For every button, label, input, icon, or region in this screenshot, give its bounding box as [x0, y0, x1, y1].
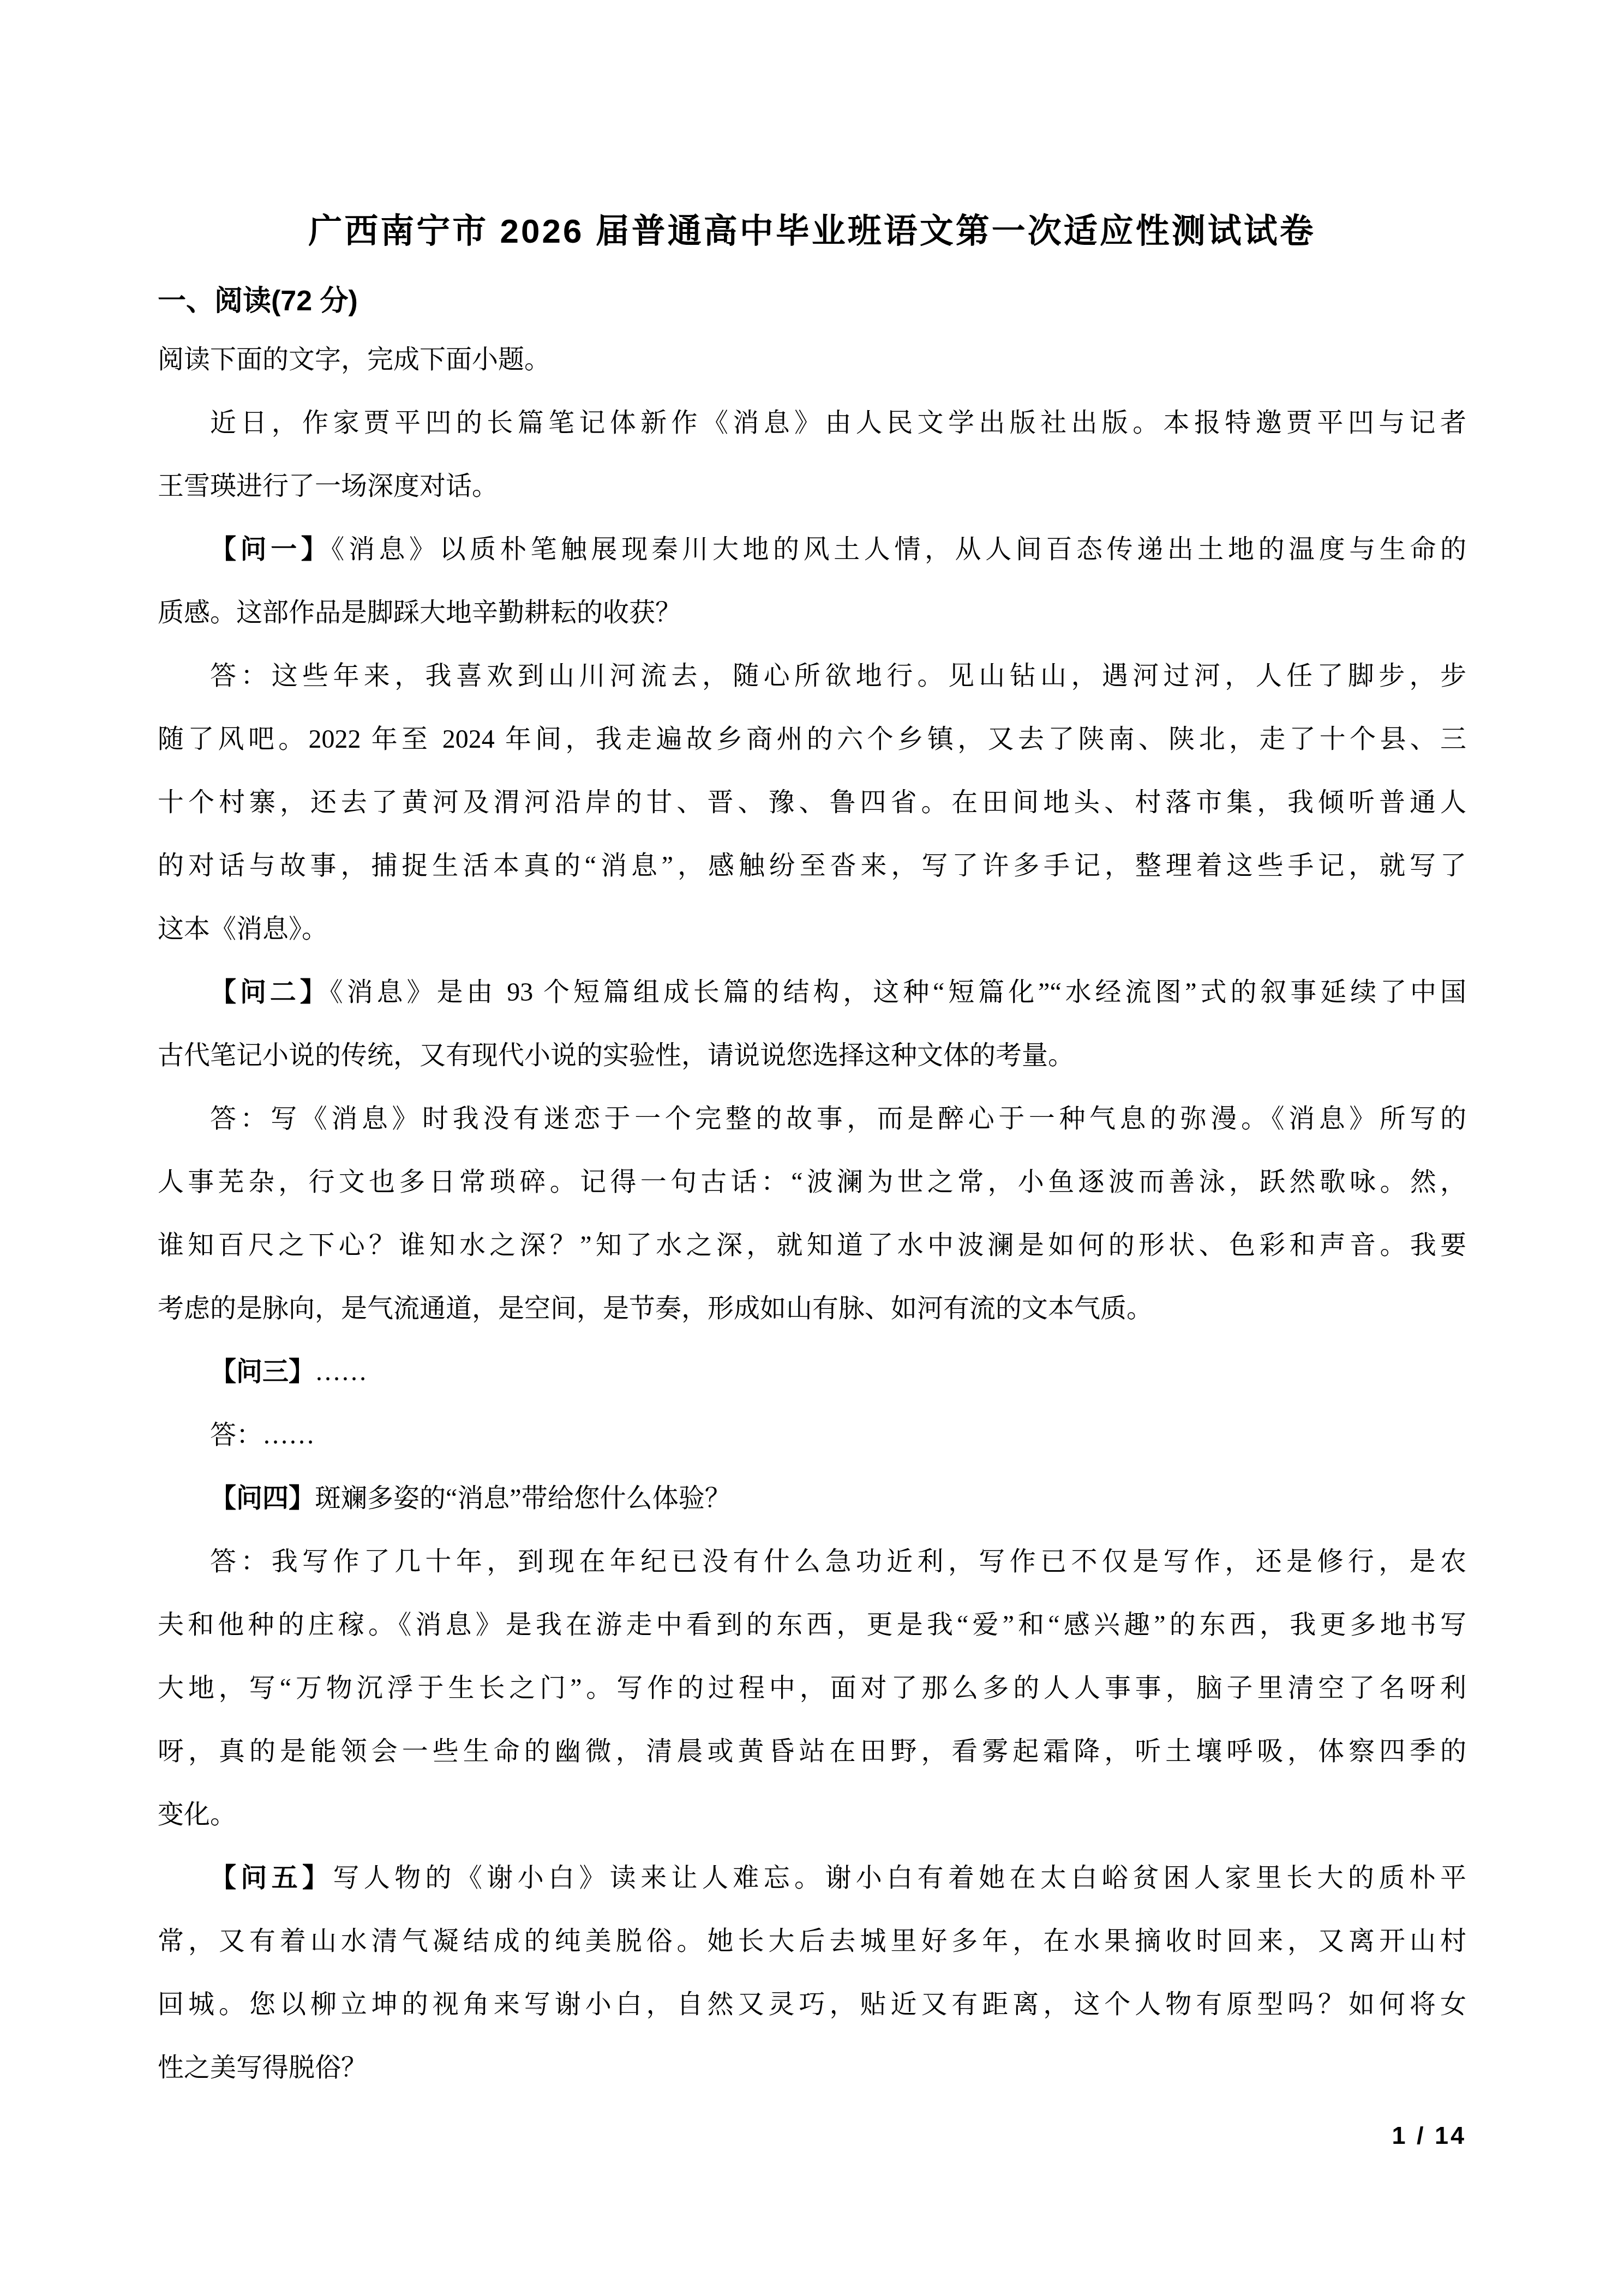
- line-text: 答：写《消息》时我没有迷恋于一个完整的故事，而是醉心于一种气息的弥漫。《消息》所…: [210, 1104, 1466, 1133]
- line-text: 常，又有着山水清气凝结成的纯美脱俗。她长大后去城里好多年，在水果摘收时回来，又离…: [158, 1927, 1466, 1956]
- line-text: 大地，写“万物沉浮于生长之门”。写作的过程中，面对了那么多的人人事事，脑子里清空…: [158, 1674, 1466, 1703]
- line-text: 近日，作家贾平凹的长篇笔记体新作《消息》由人民文学出版社出版。本报特邀贾平凹与记…: [210, 408, 1466, 437]
- text-line: 【问二】《消息》是由 93 个短篇组成长篇的结构，这种“短篇化”“水经流图”式的…: [158, 961, 1466, 1024]
- text-line: 答：这些年来，我喜欢到山川河流去，随心所欲地行。见山钻山，遇河过河，人任了脚步，…: [158, 645, 1466, 708]
- line-text: 答：……: [210, 1421, 315, 1450]
- text-line: 随了风吧。2022 年至 2024 年间，我走遍故乡商州的六个乡镇，又去了陕南、…: [158, 708, 1466, 771]
- text-line: 回城。您以柳立坤的视角来写谢小白，自然又灵巧，贴近又有距离，这个人物有原型吗？如…: [158, 1973, 1466, 2036]
- text-line: 阅读下面的文字，完成下面小题。: [158, 328, 1466, 392]
- document-title: 广西南宁市 2026 届普通高中毕业班语文第一次适应性测试试卷: [158, 213, 1466, 251]
- line-text: 写人物的《谢小白》读来让人难忘。谢小白有着她在太白峪贫困人家里长大的质朴平: [333, 1864, 1466, 1892]
- line-text: 王雪瑛进行了一场深度对话。: [158, 472, 498, 501]
- text-line: 性之美写得脱俗？: [158, 2036, 1466, 2100]
- line-text: 随了风吧。2022 年至 2024 年间，我走遍故乡商州的六个乡镇，又去了陕南、…: [158, 725, 1466, 754]
- line-text: 回城。您以柳立坤的视角来写谢小白，自然又灵巧，贴近又有距离，这个人物有原型吗？如…: [158, 1990, 1466, 2019]
- text-line: 常，又有着山水清气凝结成的纯美脱俗。她长大后去城里好多年，在水果摘收时回来，又离…: [158, 1910, 1466, 1973]
- line-text: 阅读下面的文字，完成下面小题。: [158, 345, 550, 374]
- line-text: 答：我写作了几十年，到现在年纪已没有什么急功近利，写作已不仅是写作，还是修行，是…: [210, 1547, 1466, 1576]
- question-label: 【问四】: [210, 1484, 315, 1513]
- text-line: 谁知百尺之下心？谁知水之深？”知了水之深，就知道了水中波澜是如何的形状、色彩和声…: [158, 1214, 1466, 1277]
- section-heading: 一、阅读(72 分): [158, 285, 1466, 317]
- document-page: 广西南宁市 2026 届普通高中毕业班语文第一次适应性测试试卷 一、阅读(72 …: [0, 0, 1624, 2296]
- text-line: 近日，作家贾平凹的长篇笔记体新作《消息》由人民文学出版社出版。本报特邀贾平凹与记…: [158, 392, 1466, 455]
- text-line: 【问三】……: [158, 1341, 1466, 1404]
- text-line: 大地，写“万物沉浮于生长之门”。写作的过程中，面对了那么多的人人事事，脑子里清空…: [158, 1657, 1466, 1720]
- text-line: 人事芜杂，行文也多日常琐碎。记得一句古话：“波澜为世之常，小鱼逐波而善泳，跃然歌…: [158, 1151, 1466, 1214]
- line-text: 质感。这部作品是脚踩大地辛勤耕耘的收获？: [158, 598, 681, 627]
- text-line: 古代笔记小说的传统，又有现代小说的实验性，请说说您选择这种文体的考量。: [158, 1024, 1466, 1087]
- line-text: 这本《消息》。: [158, 915, 328, 943]
- text-line: 呀，真的是能领会一些生命的幽微，清晨或黄昏站在田野，看雾起霜降，听土壤呼吸，体察…: [158, 1720, 1466, 1783]
- line-text: 《消息》是由 93 个短篇组成长篇的结构，这种“短篇化”“水经流图”式的叙事延续…: [330, 978, 1466, 1007]
- question-label: 【问一】: [210, 535, 331, 564]
- text-line: 变化。: [158, 1783, 1466, 1847]
- line-text: 考虑的是脉向，是气流通道，是空间，是节奏，形成如山有脉、如河有流的文本气质。: [158, 1294, 1153, 1323]
- line-text: 变化。: [158, 1800, 236, 1829]
- question-label: 【问三】: [210, 1357, 315, 1386]
- text-line: 【问一】《消息》以质朴笔触展现秦川大地的风土人情，从人间百态传递出土地的温度与生…: [158, 518, 1466, 581]
- text-line: 【问五】写人物的《谢小白》读来让人难忘。谢小白有着她在太白峪贫困人家里长大的质朴…: [158, 1847, 1466, 1910]
- line-text: 《消息》以质朴笔触展现秦川大地的风土人情，从人间百态传递出土地的温度与生命的: [331, 535, 1466, 564]
- text-line: 这本《消息》。: [158, 898, 1466, 961]
- line-text: 的对话与故事，捕捉生活本真的“消息”，感触纷至沓来，写了许多手记，整理着这些手记…: [158, 851, 1466, 880]
- text-line: 十个村寨，还去了黄河及渭河沿岸的甘、晋、豫、鲁四省。在田间地头、村落市集，我倾听…: [158, 771, 1466, 834]
- text-line: 答：……: [158, 1404, 1466, 1467]
- line-text: ……: [315, 1357, 367, 1386]
- text-line: 王雪瑛进行了一场深度对话。: [158, 455, 1466, 518]
- text-line: 夫和他种的庄稼。《消息》是我在游走中看到的东西，更是我“爱”和“感兴趣”的东西，…: [158, 1594, 1466, 1657]
- text-line: 答：写《消息》时我没有迷恋于一个完整的故事，而是醉心于一种气息的弥漫。《消息》所…: [158, 1087, 1466, 1151]
- document-body: 阅读下面的文字，完成下面小题。 近日，作家贾平凹的长篇笔记体新作《消息》由人民文…: [158, 328, 1466, 2100]
- text-line: 的对话与故事，捕捉生活本真的“消息”，感触纷至沓来，写了许多手记，整理着这些手记…: [158, 834, 1466, 898]
- line-text: 性之美写得脱俗？: [158, 2053, 367, 2082]
- text-line: 【问四】斑斓多姿的“消息”带给您什么体验？: [158, 1467, 1466, 1530]
- line-text: 夫和他种的庄稼。《消息》是我在游走中看到的东西，更是我“爱”和“感兴趣”的东西，…: [158, 1610, 1466, 1639]
- line-text: 古代笔记小说的传统，又有现代小说的实验性，请说说您选择这种文体的考量。: [158, 1041, 1074, 1070]
- text-line: 考虑的是脉向，是气流通道，是空间，是节奏，形成如山有脉、如河有流的文本气质。: [158, 1277, 1466, 1341]
- line-text: 斑斓多姿的“消息”带给您什么体验？: [315, 1484, 731, 1513]
- text-line: 质感。这部作品是脚踩大地辛勤耕耘的收获？: [158, 581, 1466, 645]
- line-text: 十个村寨，还去了黄河及渭河沿岸的甘、晋、豫、鲁四省。在田间地头、村落市集，我倾听…: [158, 788, 1466, 817]
- line-text: 人事芜杂，行文也多日常琐碎。记得一句古话：“波澜为世之常，小鱼逐波而善泳，跃然歌…: [158, 1168, 1466, 1197]
- line-text: 谁知百尺之下心？谁知水之深？”知了水之深，就知道了水中波澜是如何的形状、色彩和声…: [158, 1231, 1466, 1260]
- line-text: 呀，真的是能领会一些生命的幽微，清晨或黄昏站在田野，看雾起霜降，听土壤呼吸，体察…: [158, 1737, 1466, 1766]
- page-number: 1 / 14: [1392, 2121, 1466, 2150]
- text-line: 答：我写作了几十年，到现在年纪已没有什么急功近利，写作已不仅是写作，还是修行，是…: [158, 1530, 1466, 1594]
- question-label: 【问二】: [210, 978, 330, 1007]
- line-text: 答：这些年来，我喜欢到山川河流去，随心所欲地行。见山钻山，遇河过河，人任了脚步，…: [210, 662, 1466, 690]
- question-label: 【问五】: [210, 1864, 333, 1892]
